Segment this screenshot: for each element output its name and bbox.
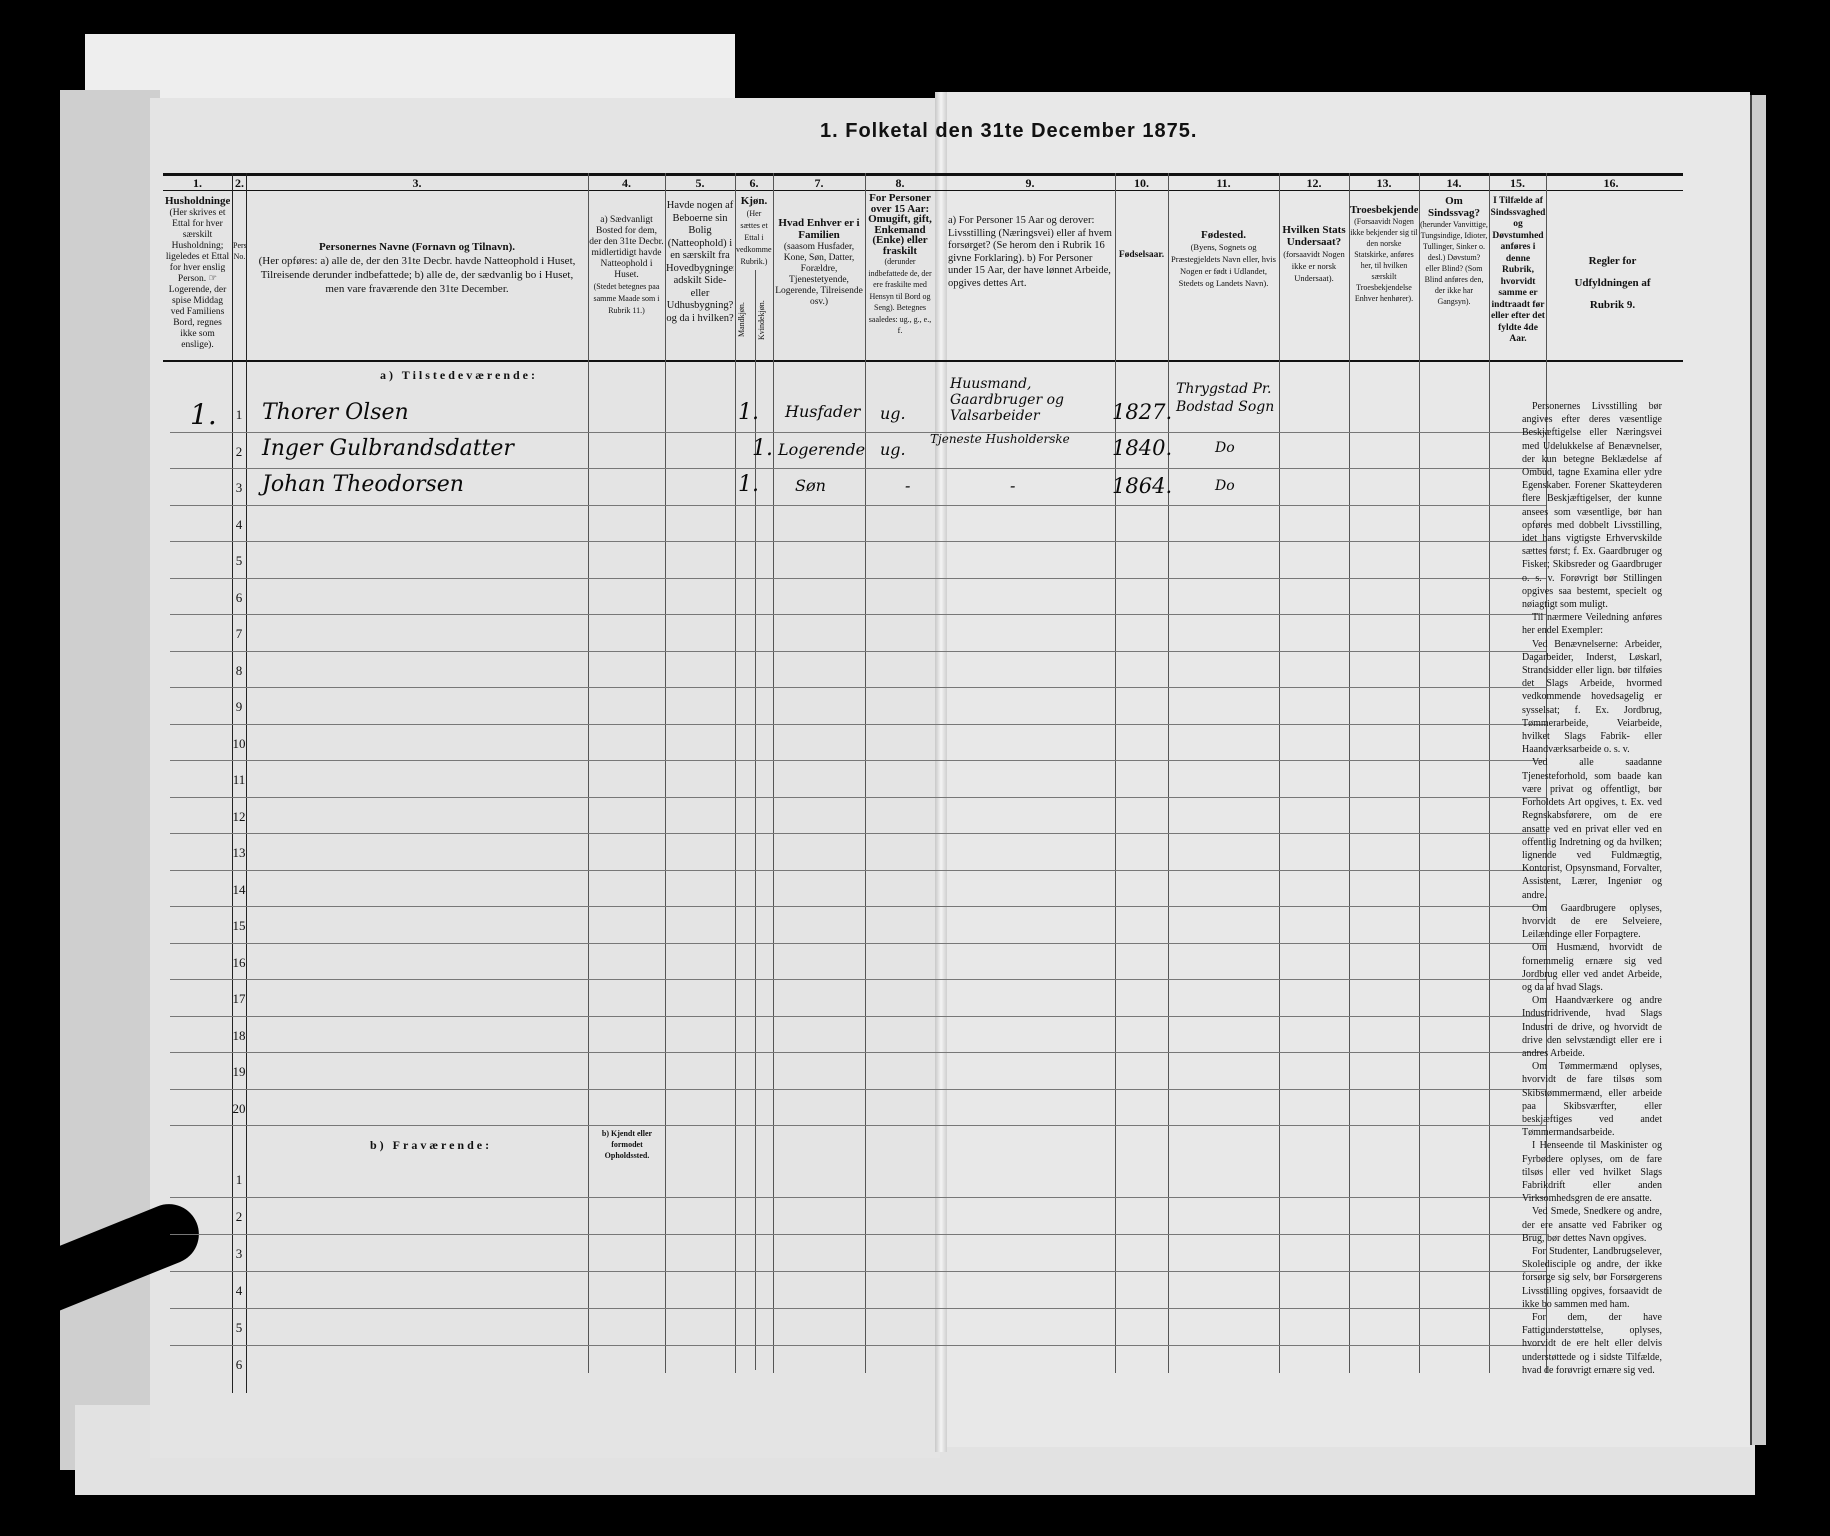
present-row-number: 4	[229, 517, 249, 533]
entry-2-female: 1.	[752, 436, 773, 461]
present-row-number: 19	[229, 1064, 249, 1080]
rubrik-16-instructions: Personernes Livsstilling bør angives eft…	[1522, 400, 1662, 1377]
entry-1-name: Thorer Olsen	[262, 400, 409, 425]
entry-1-family-role: Husfader	[785, 402, 860, 421]
col-header-14: Om Sindssvag?(herunder Vanvittige, Tungs…	[1420, 196, 1488, 356]
row-line	[170, 1089, 1546, 1090]
present-row-number: 20	[229, 1101, 249, 1117]
col-header-6-female: Kvindekjøn.	[756, 290, 772, 350]
row-line	[170, 870, 1546, 871]
row-line	[170, 1016, 1546, 1017]
col-number-15: 15.	[1489, 176, 1546, 191]
entry-1-occupation: Huusmand, Gaardbruger og Valsarbeider	[950, 376, 1115, 424]
present-row-number: 14	[229, 882, 249, 898]
row-line	[170, 724, 1546, 725]
absent-row-number: 5	[229, 1320, 249, 1336]
col-divider	[1115, 173, 1116, 1373]
present-row-number: 13	[229, 845, 249, 861]
col-number-14: 14.	[1419, 176, 1489, 191]
entry-3-occupation: -	[1010, 476, 1015, 495]
right-page-edge	[1750, 95, 1766, 1445]
row-line	[170, 797, 1546, 798]
col-divider	[1279, 173, 1280, 1373]
row-line	[170, 1308, 1546, 1309]
row-line	[170, 1271, 1546, 1272]
col-header-1: Husholdninger.(Her skrives et Ettal for …	[165, 196, 230, 358]
col-header-12: Hvilken Stats Undersaat?(forsaavidt Noge…	[1280, 225, 1348, 345]
absent-row-number: 1	[229, 1172, 249, 1188]
row-line	[170, 687, 1546, 688]
entry-2-birth-year: 1840.	[1112, 436, 1172, 460]
row-line	[170, 614, 1546, 615]
col-header-10: Fødselsaar.	[1116, 250, 1167, 290]
col-number-16: 16.	[1546, 176, 1676, 191]
present-row-number: 16	[229, 955, 249, 971]
row-line	[170, 1345, 1546, 1346]
present-row-number: 2	[229, 444, 249, 460]
col-header-11: Fødested.(Byens, Sognets og Præstegjelde…	[1169, 230, 1278, 350]
row-line	[170, 468, 1546, 469]
col-divider	[773, 173, 774, 1373]
col-number-6: 6.	[735, 176, 773, 191]
row-line	[170, 979, 1546, 980]
section-present-label: a) Tilstedeværende:	[380, 368, 538, 383]
col-number-5: 5.	[665, 176, 735, 191]
col-number-11: 11.	[1168, 176, 1279, 191]
col-number-9: 9.	[945, 176, 1115, 191]
entry-3-name: Johan Theodorsen	[262, 472, 464, 497]
row-line	[170, 760, 1546, 761]
present-row-number: 10	[229, 736, 249, 752]
header-bottom-rule	[163, 360, 1683, 362]
absent-row-number: 4	[229, 1283, 249, 1299]
row-line	[170, 1234, 1546, 1235]
row-line	[170, 651, 1546, 652]
col-header-15: I Tilfælde af Sindssvaghed og Døvstumhed…	[1490, 196, 1546, 356]
entry-2-birthplace: Do	[1215, 440, 1235, 456]
row-line	[170, 906, 1546, 907]
row-line	[170, 578, 1546, 579]
col-header-6: Kjøn.(Her sættes et Ettal i vedkommende …	[736, 196, 772, 266]
col-header-2: Personernes No.	[233, 240, 246, 340]
entry-1-birthplace: Thrygstad Pr. Bodstad Sogn	[1176, 380, 1286, 416]
section-absent-label: b) Fraværende:	[370, 1138, 492, 1153]
row-line	[170, 943, 1546, 944]
row-line	[170, 432, 1546, 433]
entry-2-civil-status: ug.	[880, 440, 906, 459]
row-line	[170, 505, 1546, 506]
present-row-number: 18	[229, 1028, 249, 1044]
col-number-8: 8.	[865, 176, 935, 191]
col-number-4: 4.	[588, 176, 665, 191]
page-stack-top	[85, 34, 735, 104]
row-line	[170, 1125, 1546, 1126]
col-number-3: 3.	[246, 176, 588, 191]
absent-row-number: 6	[229, 1357, 249, 1373]
col-divider	[735, 173, 736, 1373]
entry-1-male: 1.	[738, 400, 759, 425]
row-line	[170, 1052, 1546, 1053]
entry-3-male: 1.	[738, 472, 759, 497]
col-divider	[755, 270, 756, 1370]
row-line	[170, 541, 1546, 542]
col-number-12: 12.	[1279, 176, 1349, 191]
present-row-number: 11	[229, 772, 249, 788]
present-row-number: 1	[229, 407, 249, 423]
col-header-13: Troesbekjendelse.(Forsaavidt Nogen ikke …	[1350, 205, 1418, 355]
col-header-8: For Personer over 15 Aar: Omugift, gift,…	[866, 193, 934, 358]
col-header-7: Hvad Enhver er i Familien(saasom Husfade…	[774, 218, 864, 348]
household-mark: 1.	[190, 398, 217, 431]
absent-row-number: 3	[229, 1246, 249, 1262]
col-divider	[665, 173, 666, 1373]
present-row-number: 9	[229, 699, 249, 715]
entry-1-civil-status: ug.	[880, 404, 906, 423]
col-header-9: a) For Personer 15 Aar og derover: Livss…	[948, 215, 1113, 345]
entry-2-name: Inger Gulbrandsdatter	[262, 436, 514, 461]
row-line	[170, 1197, 1546, 1198]
entry-3-civil-status: -	[905, 476, 910, 495]
entry-1-birth-year: 1827.	[1112, 400, 1172, 424]
col-header-4-absent: b) Kjendt eller formodet Opholdssted.	[590, 1128, 664, 1168]
entry-3-birth-year: 1864.	[1112, 474, 1172, 498]
entry-2-family-role: Logerende	[778, 440, 865, 459]
col-number-13: 13.	[1349, 176, 1419, 191]
present-row-number: 6	[229, 590, 249, 606]
present-row-number: 3	[229, 480, 249, 496]
absent-row-number: 2	[229, 1209, 249, 1225]
present-row-number: 15	[229, 918, 249, 934]
col-number-2: 2.	[233, 176, 246, 191]
col-divider	[1168, 173, 1169, 1373]
col-header-4: a) Sædvanligt Bosted for dem, der den 31…	[589, 215, 664, 355]
entry-2-occupation: Tjeneste Husholderske	[930, 432, 1115, 446]
present-row-number: 17	[229, 991, 249, 1007]
entry-3-birthplace: Do	[1215, 478, 1235, 494]
col-header-6-male: Mandkjøn.	[736, 290, 754, 350]
col-header-16: Regler for Udfyldningen af Rubrik 9.	[1560, 250, 1665, 330]
entry-3-family-role: Søn	[795, 476, 826, 495]
present-row-number: 8	[229, 663, 249, 679]
col-number-1: 1.	[165, 176, 230, 191]
col-number-10: 10.	[1115, 176, 1168, 191]
row-line	[170, 833, 1546, 834]
present-row-number: 12	[229, 809, 249, 825]
present-row-number: 7	[229, 626, 249, 642]
col-header-3: Personernes Navne (Fornavn og Tilnavn).(…	[250, 240, 584, 350]
page-title: 1. Folketal den 31te December 1875.	[820, 120, 1197, 143]
col-number-7: 7.	[773, 176, 865, 191]
col-header-5: Havde nogen af Beboerne sin Bolig (Natte…	[666, 200, 734, 350]
book-gutter	[935, 92, 947, 1452]
present-row-number: 5	[229, 553, 249, 569]
